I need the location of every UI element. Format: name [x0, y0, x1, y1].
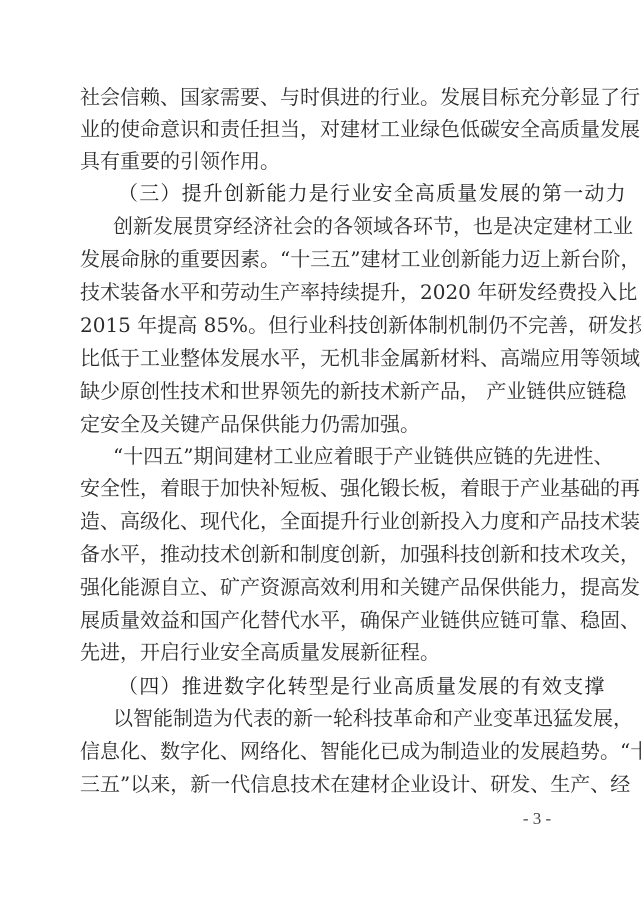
section-heading-4: （四）推进数字化转型是行业高质量发展的有效支撑 — [118, 673, 538, 699]
text-line: 业的使命意识和责任担当，对建材工业绿色低碳安全高质量发展 — [80, 116, 556, 142]
text-line: 信息化、数字化、网络化、智能化已成为制造业的发展趋势。“十 — [80, 738, 556, 764]
paragraph-start: “十四五”期间建材工业应着眼于产业链供应链的先进性、 — [113, 443, 556, 469]
text-line: 展质量效益和国产化替代水平，确保产业链供应链可靠、稳固、 — [80, 607, 556, 633]
section-heading-3: （三）提升创新能力是行业安全高质量发展的第一动力 — [118, 180, 538, 206]
text-line: 2015 年提高 85%。但行业科技创新体制机制仍不完善，研发投入 — [80, 312, 556, 338]
paragraph-start: 创新发展贯穿经济社会的各领域各环节，也是决定建材工业 — [113, 213, 556, 239]
text-line: 社会信赖、国家需要、与时俱进的行业。发展目标充分彰显了行 — [80, 84, 556, 110]
text-line: 强化能源自立、矿产资源高效利用和关键产品保供能力，提高发 — [80, 574, 556, 600]
page-number: - 3 - — [514, 808, 560, 830]
text-line: 技术装备水平和劳动生产率持续提升，2020 年研发经费投入比 — [80, 279, 556, 305]
text-line: 安全性，着眼于加快补短板、强化锻长板，着眼于产业基础的再 — [80, 475, 556, 501]
paragraph-start: 以智能制造为代表的新一轮科技革命和产业变革迅猛发展， — [113, 705, 556, 731]
text-line: 比低于工业整体发展水平，无机非金属新材料、高端应用等领域 — [80, 345, 556, 371]
text-line: 三五”以来，新一代信息技术在建材企业设计、研发、生产、经 — [80, 771, 556, 797]
text-line: 具有重要的引领作用。 — [80, 148, 556, 174]
text-line: 备水平，推动技术创新和制度创新，加强科技创新和技术攻关， — [80, 541, 556, 567]
text-line: 先进，开启行业安全高质量发展新征程。 — [80, 639, 556, 665]
text-line: 造、高级化、现代化，全面提升行业创新投入力度和产品技术装 — [80, 508, 556, 534]
text-line: 缺少原创性技术和世界领先的新技术新产品， 产业链供应链稳 — [80, 378, 556, 404]
text-line: 定安全及关键产品保供能力仍需加强。 — [80, 411, 556, 437]
text-line: 发展命脉的重要因素。“十三五”建材工业创新能力迈上新台阶， — [80, 246, 556, 272]
document-page: 社会信赖、国家需要、与时俱进的行业。发展目标充分彰显了行 业的使命意识和责任担当… — [0, 0, 641, 907]
